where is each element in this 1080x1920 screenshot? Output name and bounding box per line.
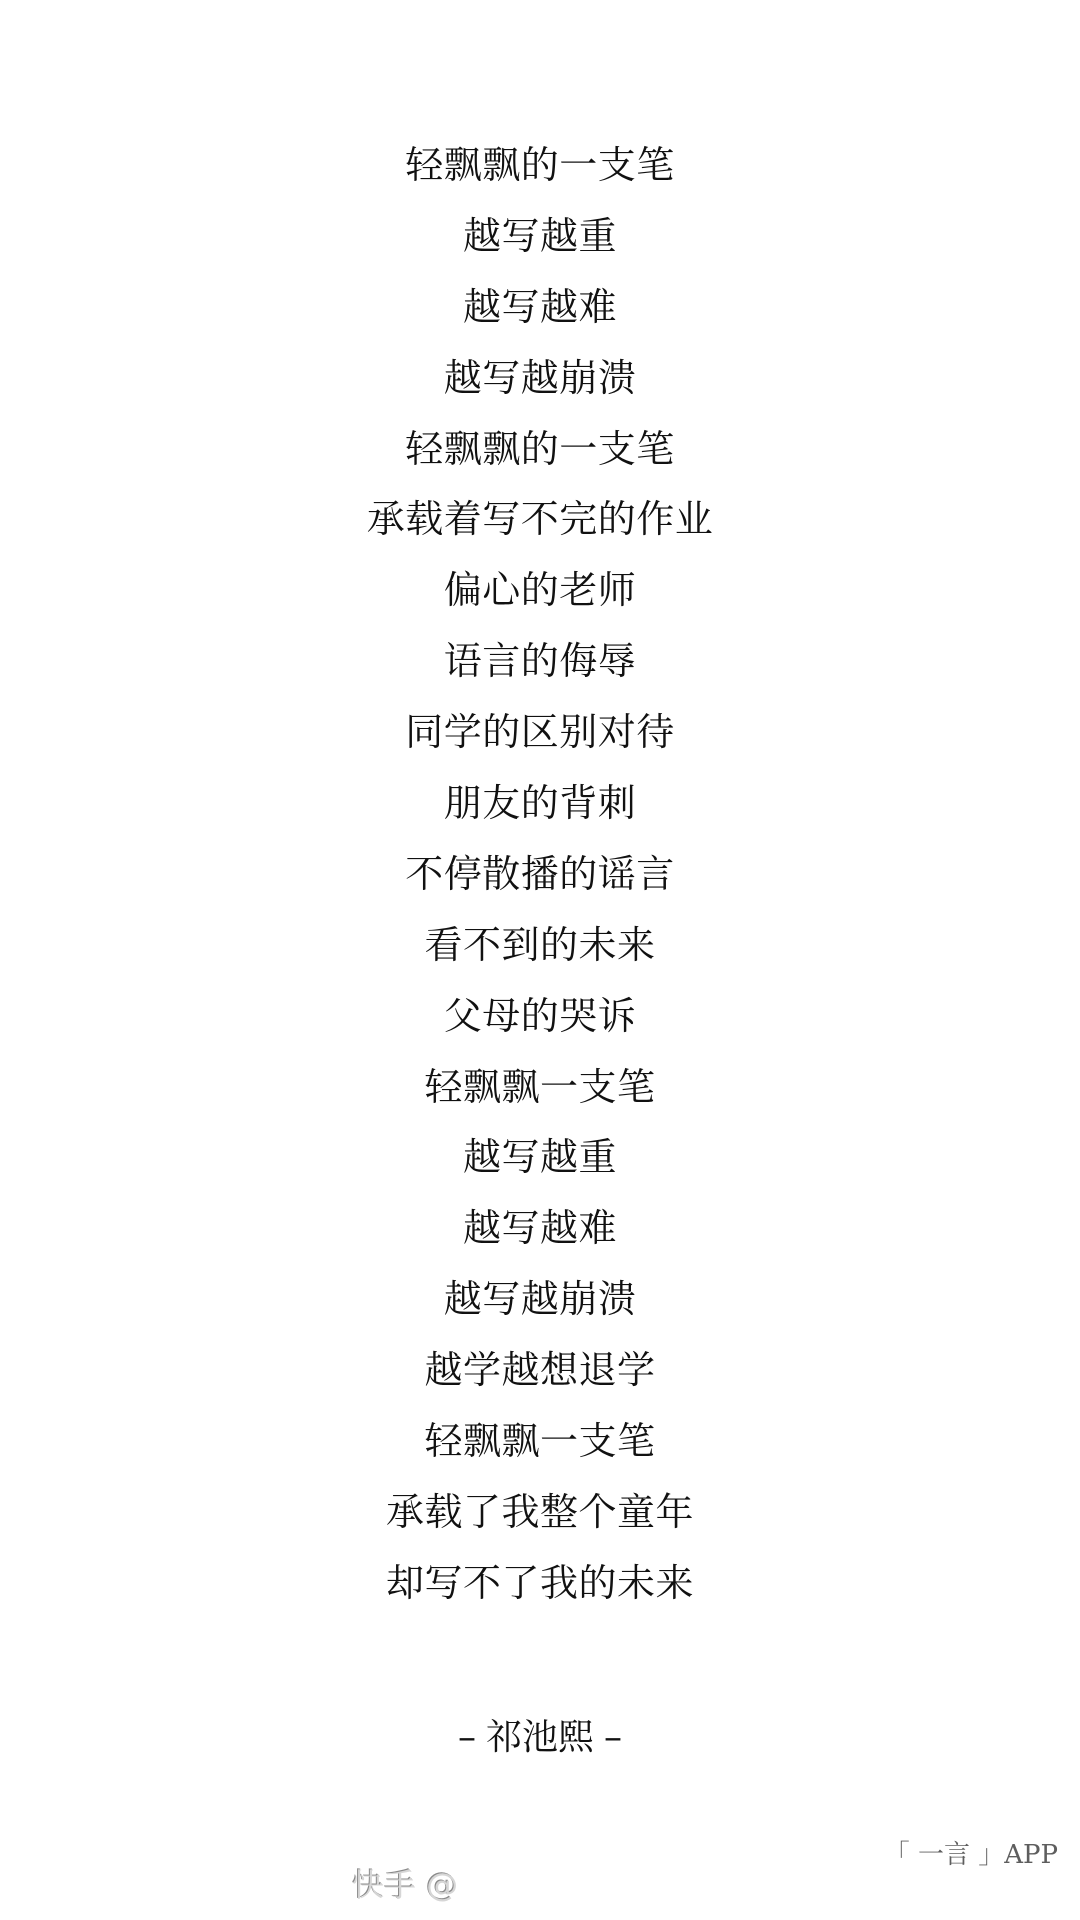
poem-line: 承载着写不完的作业 xyxy=(0,484,1080,555)
poem-line: 轻飘飘的一支笔 xyxy=(0,130,1080,201)
poem-line: 偏心的老师 xyxy=(0,555,1080,626)
poem-line: 语言的侮辱 xyxy=(0,626,1080,697)
poem-line: 朋友的背刺 xyxy=(0,768,1080,839)
poem-line: 父母的哭诉 xyxy=(0,981,1080,1052)
poem-line: 越学越想退学 xyxy=(0,1335,1080,1406)
poem: 轻飘飘的一支笔 越写越重 越写越难 越写越崩溃 轻飘飘的一支笔 承载着写不完的作… xyxy=(0,130,1080,1619)
poem-line: 越写越崩溃 xyxy=(0,343,1080,414)
poem-line: 轻飘飘一支笔 xyxy=(0,1052,1080,1123)
poem-line: 越写越难 xyxy=(0,272,1080,343)
poem-line: 却写不了我的未来 xyxy=(0,1548,1080,1619)
poem-line: 越写越重 xyxy=(0,201,1080,272)
poem-line: 同学的区别对待 xyxy=(0,697,1080,768)
poem-line: 越写越重 xyxy=(0,1122,1080,1193)
poem-line: 轻飘飘的一支笔 xyxy=(0,414,1080,485)
poem-line: 越写越崩溃 xyxy=(0,1264,1080,1335)
poem-line: 不停散播的谣言 xyxy=(0,839,1080,910)
poem-line: 看不到的未来 xyxy=(0,910,1080,981)
poem-line: 承载了我整个童年 xyxy=(0,1477,1080,1548)
kuaishou-watermark: 快手 @ xyxy=(352,1864,458,1906)
poem-line: 轻飘飘一支笔 xyxy=(0,1406,1080,1477)
author-name: 祁池熙 xyxy=(486,1717,594,1758)
poem-line: 越写越难 xyxy=(0,1193,1080,1264)
app-brand-tag: 「 一言 」APP xyxy=(884,1836,1058,1874)
dash-right: – xyxy=(604,1712,622,1764)
author-signature: –祁池熙– xyxy=(0,1712,1080,1764)
dash-left: – xyxy=(458,1712,476,1764)
